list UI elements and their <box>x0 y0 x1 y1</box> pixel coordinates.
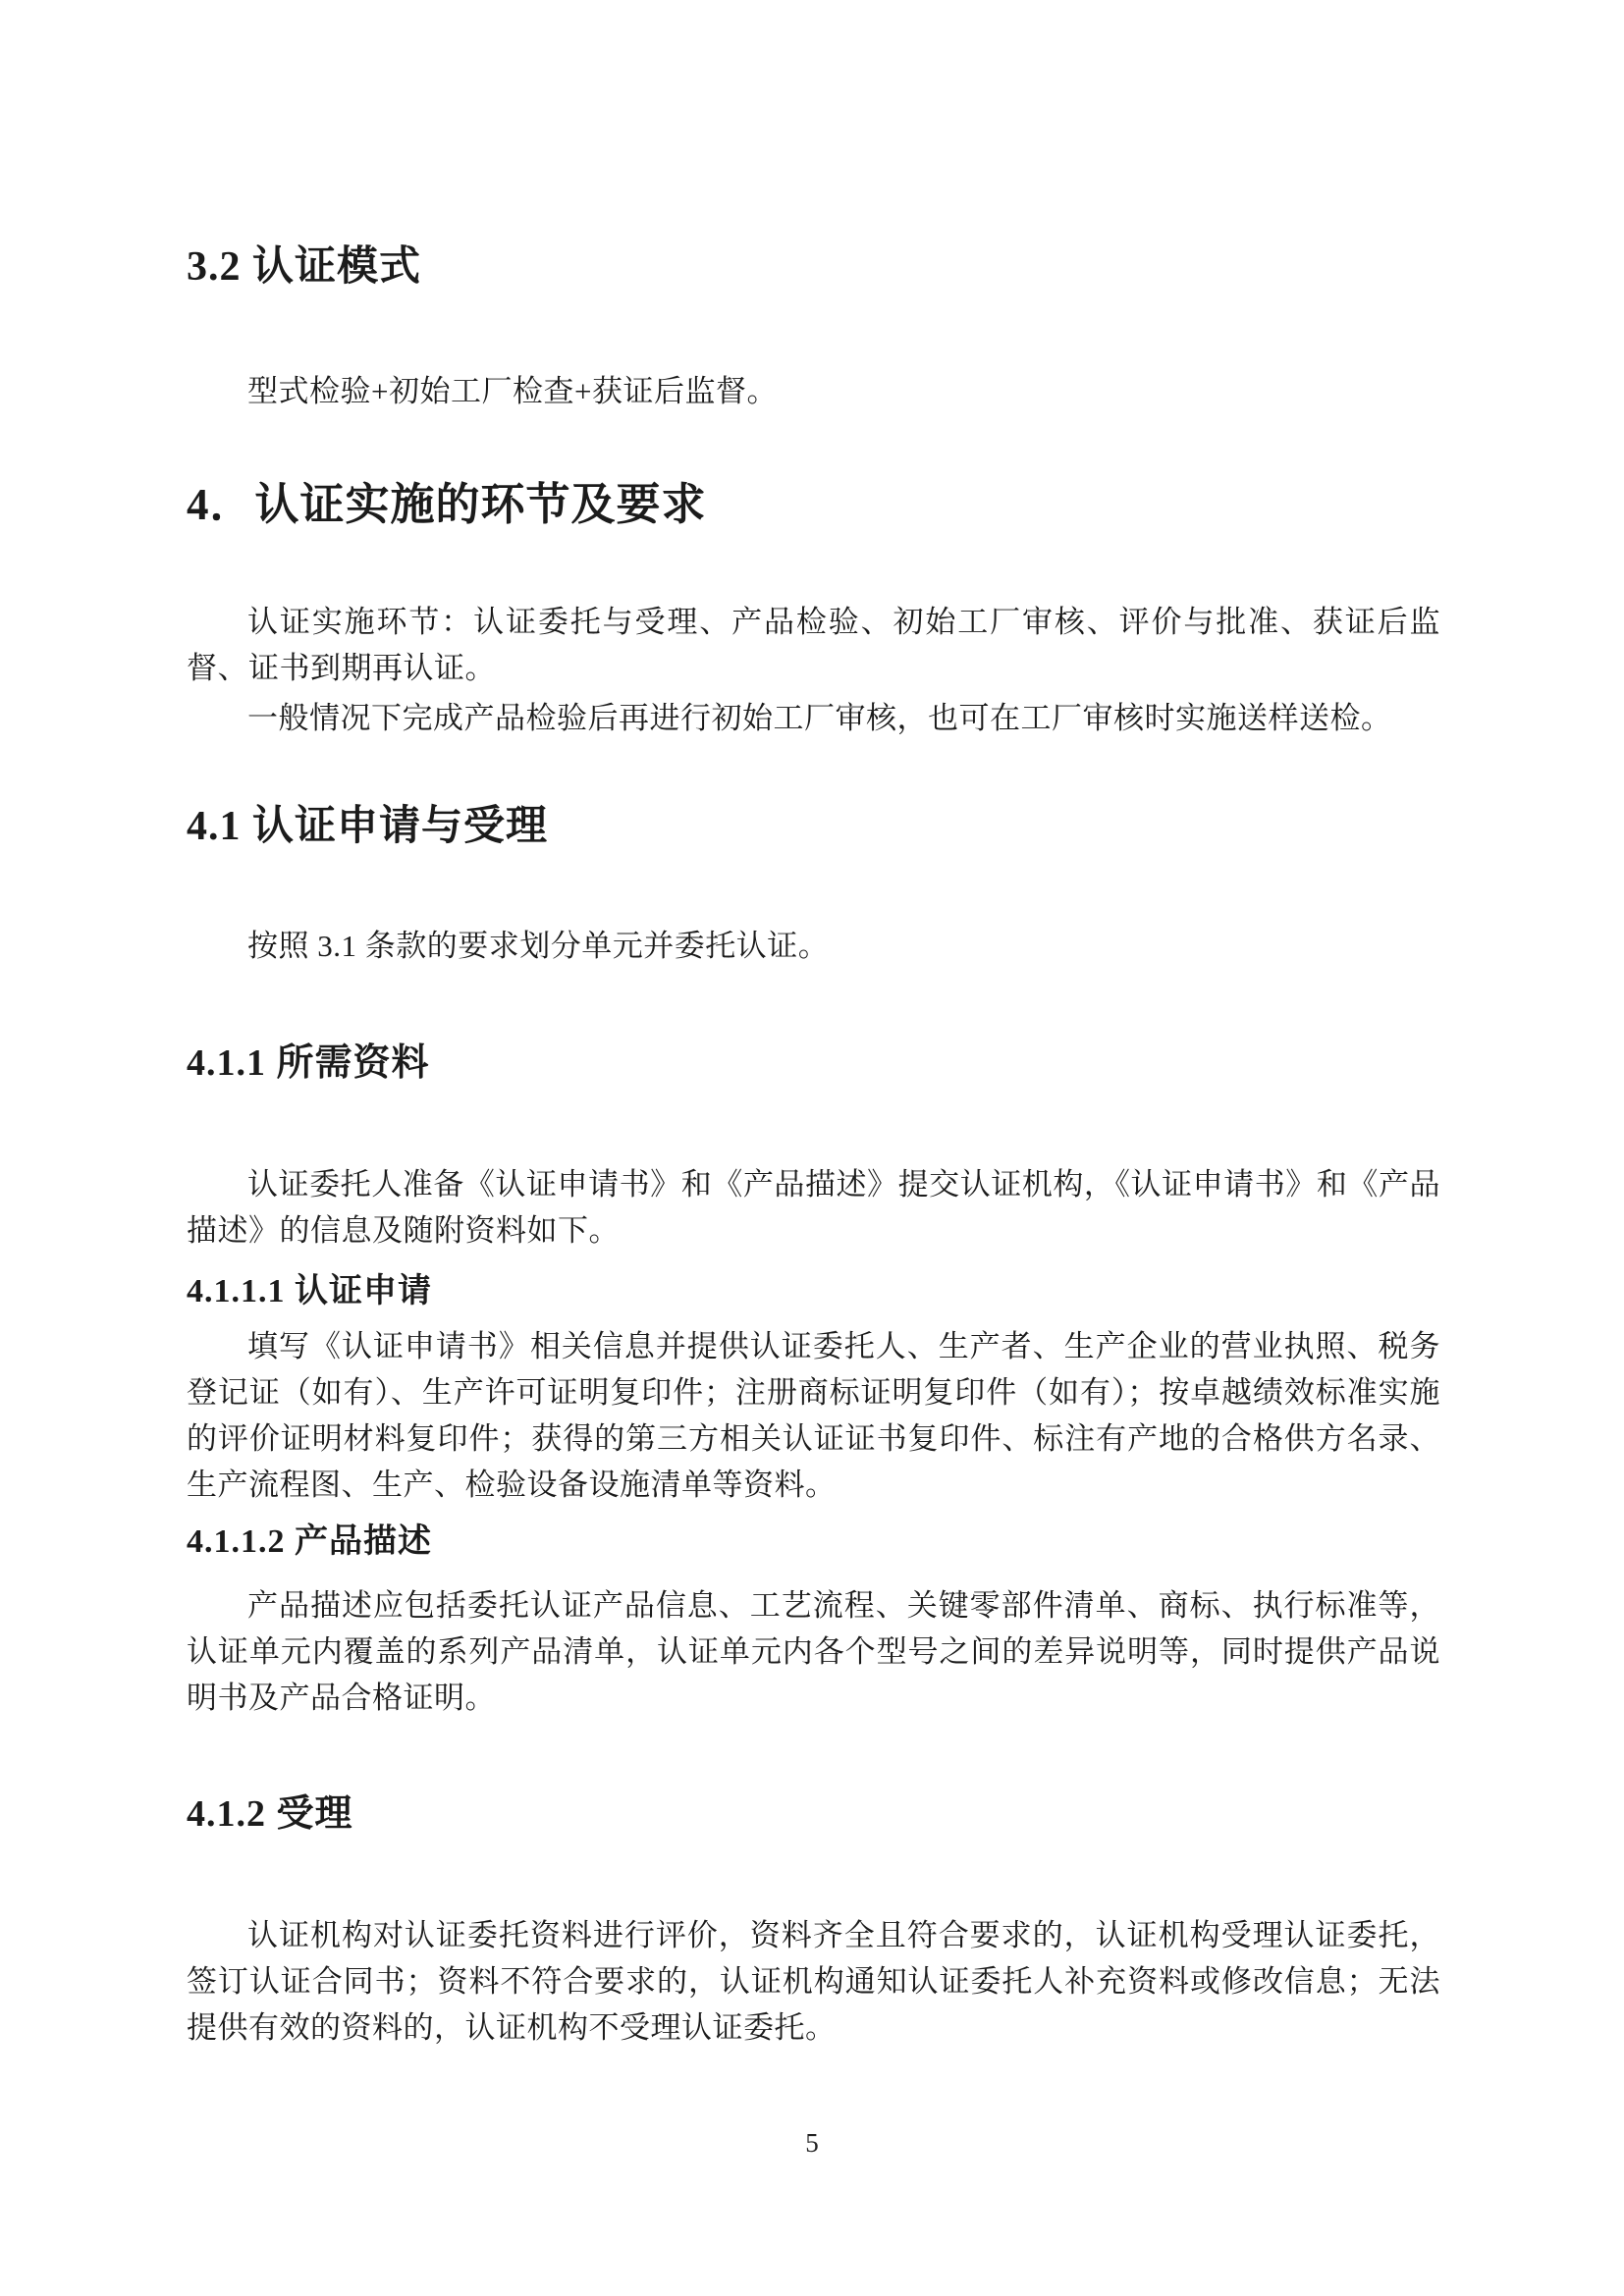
paragraph-implementation-note: 一般情况下完成产品检验后再进行初始工厂审核，也可在工厂审核时实施送样送检。 <box>187 695 1440 741</box>
heading-application-and-acceptance: 4.1 认证申请与受理 <box>187 801 1440 852</box>
heading-certification-mode: 3.2 认证模式 <box>187 241 1440 293</box>
paragraph-required-materials-intro: 认证委托人准备《认证申请书》和《产品描述》提交认证机构，《认证申请书》和《产品描… <box>187 1161 1440 1254</box>
document-page: 3.2 认证模式 型式检验+初始工厂检查+获证后监督。 4．认证实施的环节及要求… <box>0 0 1624 2296</box>
paragraph-product-description-body: 产品描述应包括委托认证产品信息、工艺流程、关键零部件清单、商标、执行标准等，认证… <box>187 1582 1440 1721</box>
heading-certification-implementation: 4．认证实施的环节及要求 <box>187 477 1440 532</box>
document-content: 3.2 认证模式 型式检验+初始工厂检查+获证后监督。 4．认证实施的环节及要求… <box>187 0 1440 2051</box>
heading-acceptance: 4.1.2 受理 <box>187 1789 1440 1839</box>
paragraph-implementation-links: 认证实施环节：认证委托与受理、产品检验、初始工厂审核、评价与批准、获证后监督、证… <box>187 599 1440 691</box>
heading-required-materials: 4.1.1 所需资料 <box>187 1039 1440 1088</box>
paragraph-certification-mode-body: 型式检验+初始工厂检查+获证后监督。 <box>187 368 1440 414</box>
paragraph-certification-application-body: 填写《认证申请书》相关信息并提供认证委托人、生产者、生产企业的营业执照、税务登记… <box>187 1323 1440 1508</box>
heading-product-description: 4.1.1.2 产品描述 <box>187 1520 1440 1565</box>
paragraph-acceptance-body: 认证机构对认证委托资料进行评价，资料齐全且符合要求的，认证机构受理认证委托，签订… <box>187 1912 1440 2051</box>
paragraph-unit-division: 按照 3.1 条款的要求划分单元并委托认证。 <box>187 923 1440 969</box>
heading-certification-application: 4.1.1.1 认证申请 <box>187 1269 1440 1314</box>
page-number: 5 <box>0 2128 1624 2159</box>
